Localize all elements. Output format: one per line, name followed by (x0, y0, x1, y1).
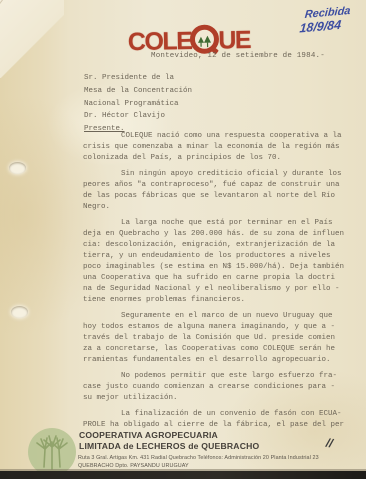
recipient-line: Mesa de la Concentración (84, 85, 192, 98)
recipient-block: Sr. Presidente de laMesa de la Concentra… (84, 72, 192, 136)
recipient-line: Nacional Programática (84, 98, 192, 111)
pine-trees-icon (190, 24, 220, 54)
recipient-line: Dr. Héctor Clavijo (84, 110, 192, 123)
body-line: deja en Quebracho y las 200.000 hás. de … (83, 229, 349, 240)
letter-body: COLEQUE nació como una respuesta coopera… (83, 131, 349, 436)
body-line: rramientas fundamentales en el desarroll… (83, 355, 349, 366)
received-note: Recibida 18/9/84 (303, 5, 351, 35)
body-line: La finalización de un convenio de fasón … (83, 409, 349, 420)
paragraph: La finalización de un convenio de fasón … (83, 409, 349, 431)
body-line: tierra, y un endeudamiento de los produc… (83, 251, 349, 262)
footer-org-name-line1: COOPERATIVA AGROPECUARIA (79, 430, 218, 440)
body-line: na de Seguridad Nacional y el neoliberal… (83, 284, 349, 295)
recipient-line: Sr. Presidente de la (84, 72, 192, 85)
body-line: za a concretarse, las Cooperativas como … (83, 344, 349, 355)
paragraph: Seguramente en el marco de un nuevo Urug… (83, 311, 349, 366)
body-line: través del trabajo de la Comisión que Ud… (83, 333, 349, 344)
footer-address-line1: Ruta 3 Gral. Artigas Km. 431 Radial Queb… (78, 455, 319, 461)
body-line: una Cooperativa que ha sufrido en carne … (83, 273, 349, 284)
body-line: cia: descolonización, emigración, extran… (83, 240, 349, 251)
body-line: crisis que comenzaba a minar la economía… (83, 142, 349, 153)
recipient-lines: Sr. Presidente de laMesa de la Concentra… (84, 72, 192, 123)
body-line: peores años "a contraproceso", fué capaz… (83, 180, 349, 191)
paragraph: La larga noche que está por terminar en … (83, 218, 349, 306)
body-line: Sin ningún apoyo crediticio oficial y du… (83, 169, 349, 180)
body-line: La larga noche que está por terminar en … (83, 218, 349, 229)
hole-punch (11, 306, 28, 318)
body-line: COLEQUE nació como una respuesta coopera… (83, 131, 349, 142)
paragraph: COLEQUE nació como una respuesta coopera… (83, 131, 349, 164)
body-line: colonizada del País, a principios de los… (83, 153, 349, 164)
body-line: de las pocas fábricas que se levantaron … (83, 191, 349, 202)
dateline: Montevideo, 12 de setiembre de 1984.- (151, 52, 325, 60)
footer-org-name-line2: LIMITADA de LECHEROS de QUEBRACHO (79, 441, 259, 451)
scan-edge-band (0, 471, 366, 479)
body-line: tiene enormes problemas financieros. (83, 295, 349, 306)
hole-punch (9, 162, 26, 174)
body-line: su mejor utilización. (83, 393, 349, 404)
body-line: Seguramente en el marco de un nuevo Urug… (83, 311, 349, 322)
paragraph: No podemos permitir que este largo esfue… (83, 371, 349, 404)
body-line: hoy todos estamos de alguna manera imagi… (83, 322, 349, 333)
paragraph: Sin ningún apoyo crediticio oficial y du… (83, 169, 349, 213)
folded-corner (0, 0, 64, 78)
body-line: case justo cuando comienzan a crearse co… (83, 382, 349, 393)
body-line: poco imaginables (se estima en N$ 15.000… (83, 262, 349, 273)
logo-text-right: UE (218, 25, 250, 55)
body-line: Negro. (83, 202, 349, 213)
body-line: No podemos permitir que este largo esfue… (83, 371, 349, 382)
